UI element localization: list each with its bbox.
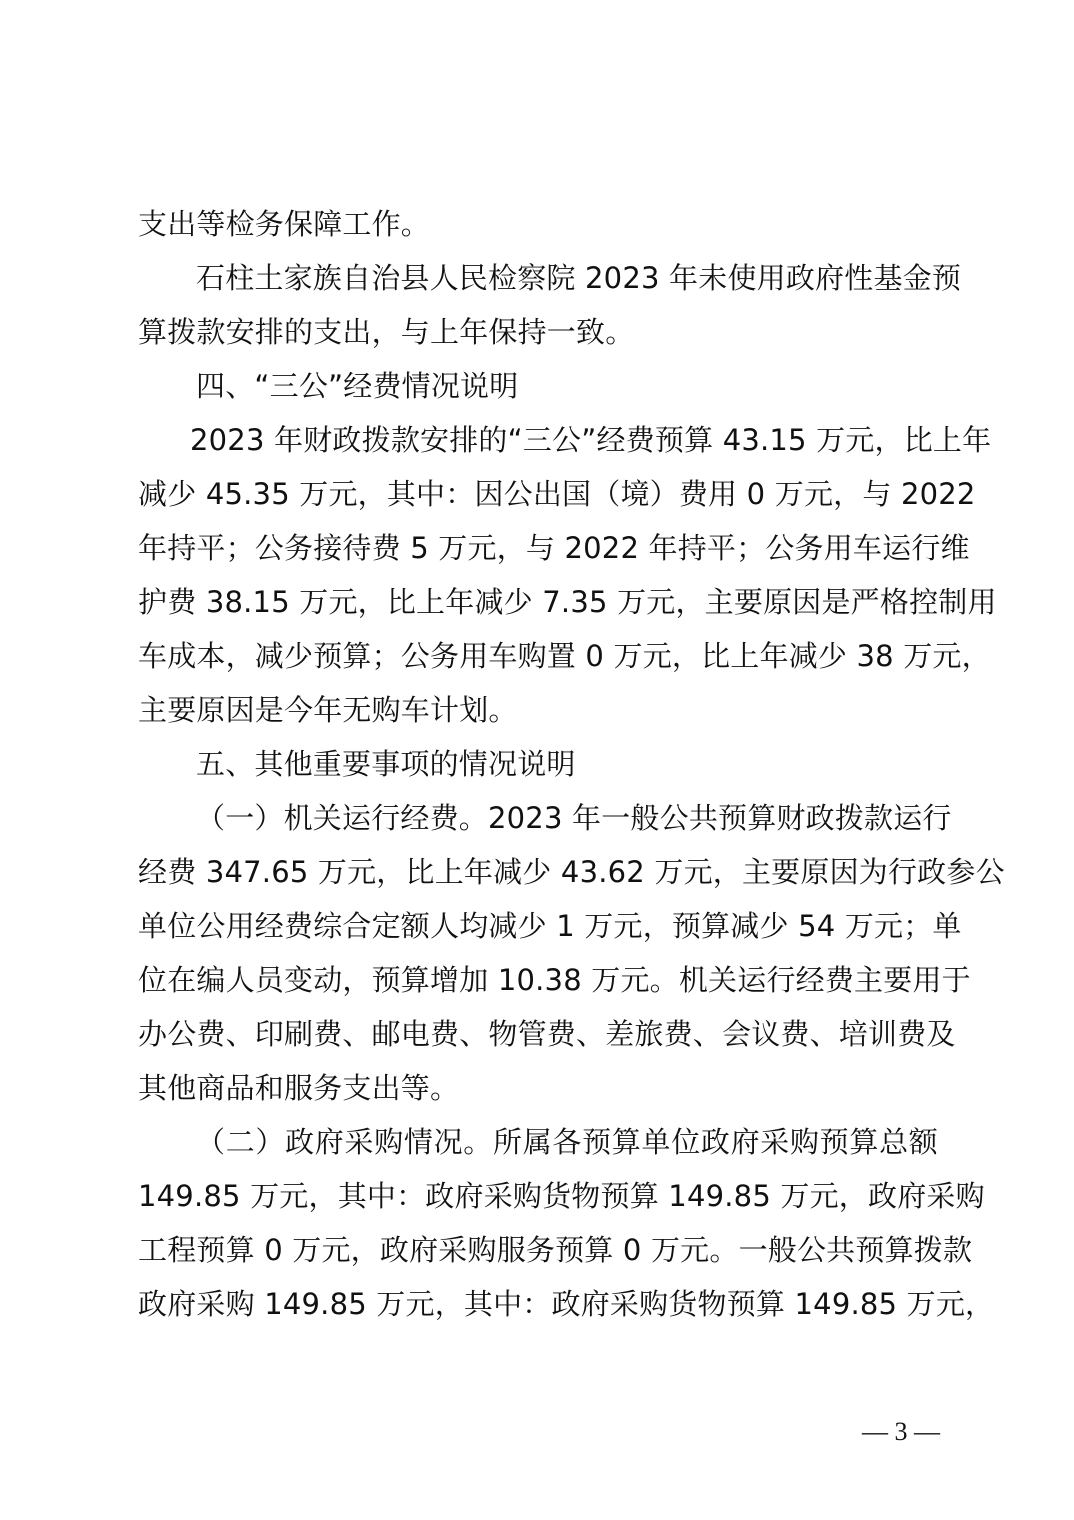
paragraph-line: 年持平；公务接待费 5 万元，与 2022 年持平；公务用车运行维 [138, 528, 938, 568]
paragraph-line: 工程预算 0 万元，政府采购服务预算 0 万元。一般公共预算拨款 [138, 1230, 938, 1270]
paragraph-line: 主要原因是今年无购车计划。 [138, 690, 938, 730]
paragraph-line: 办公费、印刷费、邮电费、物管费、差旅费、会议费、培训费及 [138, 1014, 938, 1054]
page-number: — 3 — [860, 1417, 940, 1447]
paragraph-line: 位在编人员变动，预算增加 10.38 万元。机关运行经费主要用于 [138, 960, 938, 1000]
paragraph-line: 单位公用经费综合定额人均减少 1 万元，预算减少 54 万元；单 [138, 906, 938, 946]
paragraph-line: 149.85 万元，其中：政府采购货物预算 149.85 万元，政府采购 [138, 1176, 938, 1216]
paragraph-line: 其他商品和服务支出等。 [138, 1068, 938, 1108]
paragraph-line: 政府采购 149.85 万元，其中：政府采购货物预算 149.85 万元， [138, 1284, 938, 1324]
paragraph-line: 支出等检务保障工作。 [138, 204, 938, 244]
paragraph-line: 车成本，减少预算；公务用车购置 0 万元，比上年减少 38 万元， [138, 636, 938, 676]
paragraph-line: 算拨款安排的支出，与上年保持一致。 [138, 312, 938, 352]
paragraph-line: 经费 347.65 万元，比上年减少 43.62 万元，主要原因为行政参公 [138, 852, 938, 892]
section-heading: 四、“三公”经费情况说明 [196, 366, 938, 406]
section-heading: 五、其他重要事项的情况说明 [196, 744, 938, 784]
document-page: 支出等检务保障工作。 石柱土家族自治县人民检察院 2023 年未使用政府性基金预… [0, 0, 1074, 1520]
paragraph-line: 2023 年财政拨款安排的“三公”经费预算 43.15 万元，比上年 [190, 420, 938, 460]
paragraph-line: 护费 38.15 万元，比上年减少 7.35 万元，主要原因是严格控制用 [138, 582, 938, 622]
paragraph-line: （一）机关运行经费。2023 年一般公共预算财政拨款运行 [196, 798, 938, 838]
paragraph-line: 减少 45.35 万元，其中：因公出国（境）费用 0 万元，与 2022 [138, 474, 938, 514]
paragraph-line: 石柱土家族自治县人民检察院 2023 年未使用政府性基金预 [196, 258, 938, 298]
paragraph-line: （二）政府采购情况。所属各预算单位政府采购预算总额 [196, 1122, 938, 1162]
